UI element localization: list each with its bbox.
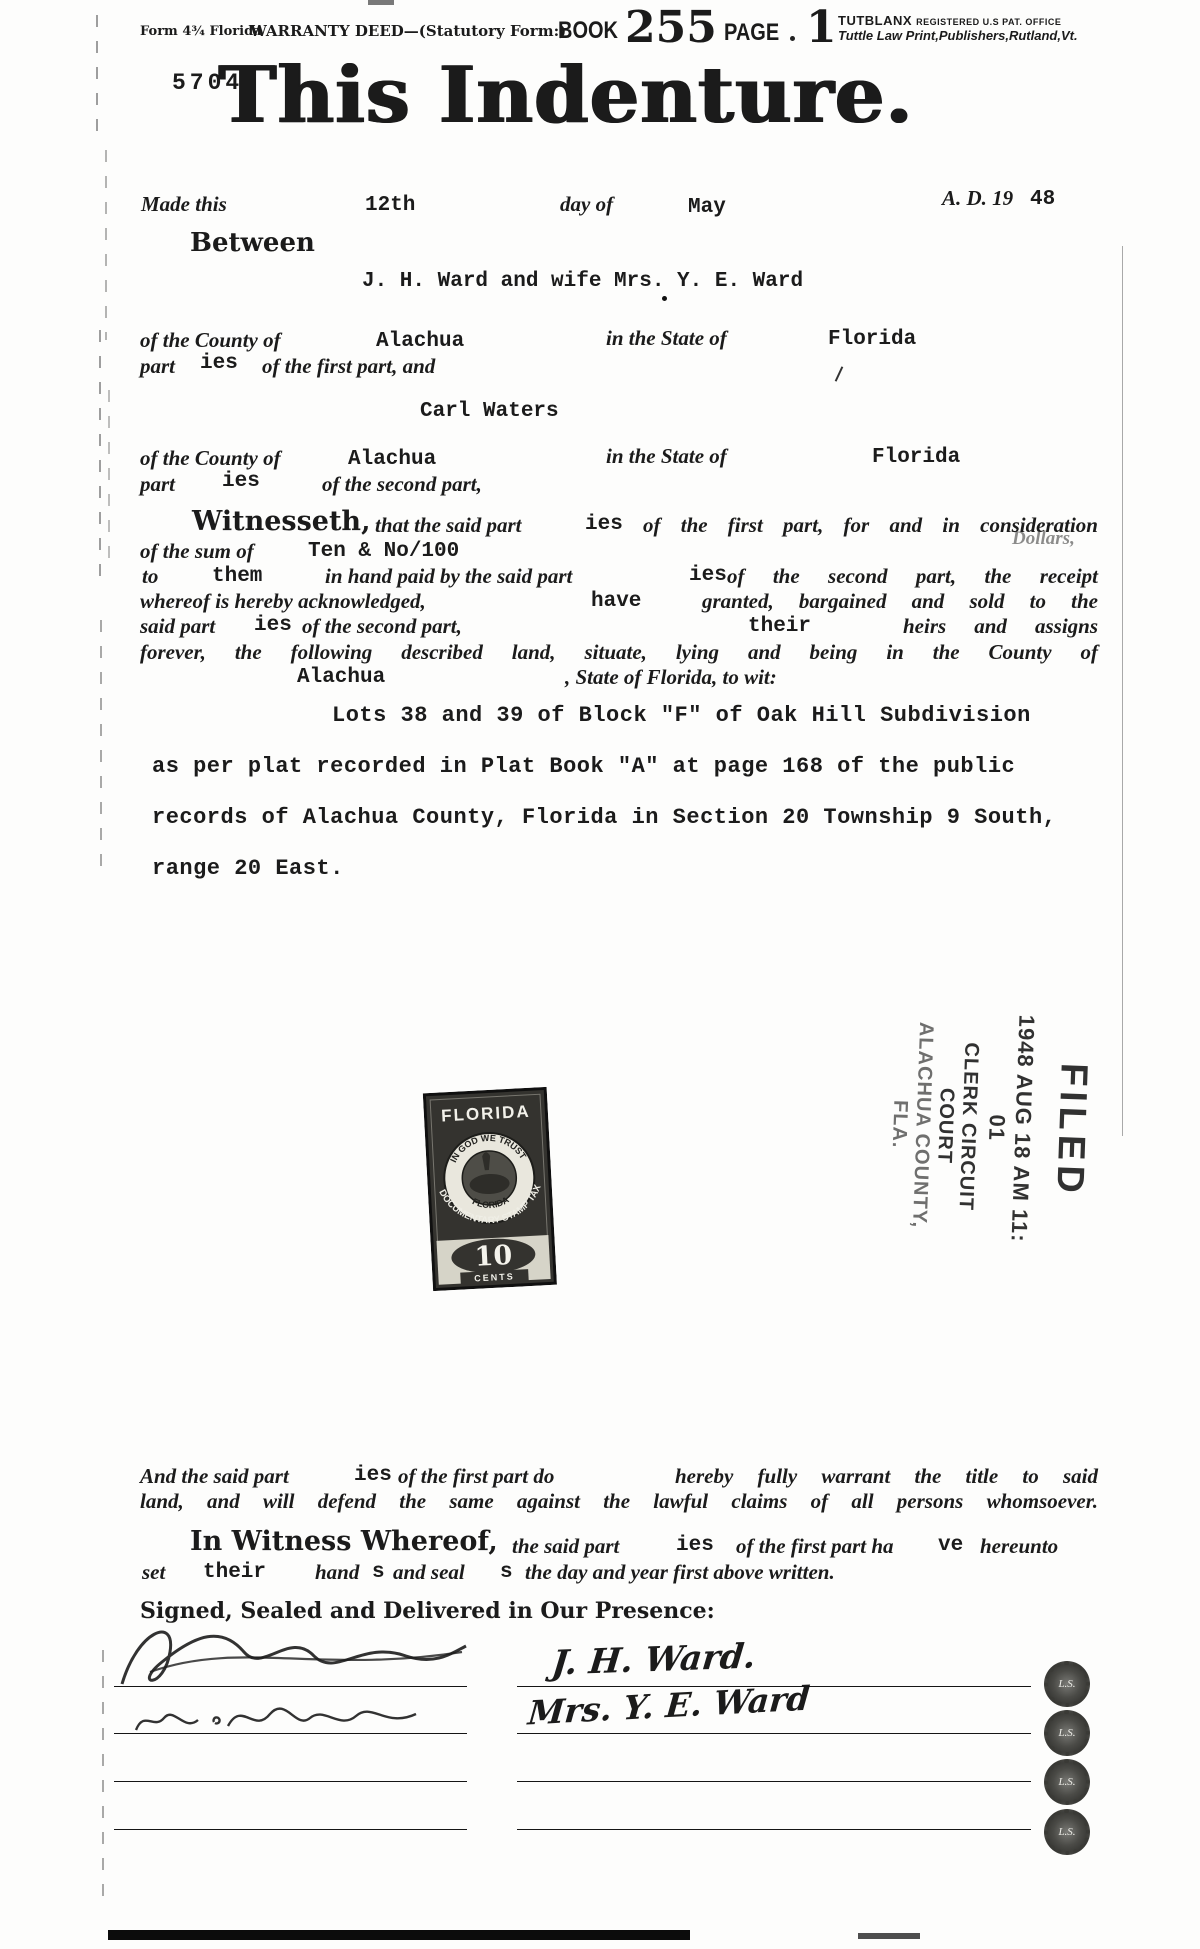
ls-seal-label: L.S. xyxy=(1058,1678,1075,1690)
warranty-l1a: And the said part xyxy=(140,1464,289,1489)
ls-seal-label: L.S. xyxy=(1058,1776,1075,1788)
witness-whereof-heading: In Witness Whereof, xyxy=(190,1526,498,1557)
party2-rest: of the second part, xyxy=(322,472,482,497)
printer-address: Tuttle Law Print,Publishers,Rutland,Vt. xyxy=(838,28,1078,43)
ls-seal-label: L.S. xyxy=(1058,1727,1075,1739)
ls-seal: L.S. xyxy=(1044,1710,1090,1756)
scan-artifact xyxy=(858,1933,920,1939)
grantor-signature-line xyxy=(517,1781,1031,1782)
party1-rest: of the first part, and xyxy=(262,354,435,379)
witness-whereof-l1c: ies xyxy=(676,1534,714,1557)
witness-signature-1 xyxy=(110,1612,475,1694)
revenue-stamp: FLORIDA IN GOD WE TRUST FLORIDA DOCUMENT… xyxy=(423,1087,557,1296)
witnesseth-l5a: said part xyxy=(140,614,215,639)
witnesseth-l6: forever, the following described land, s… xyxy=(140,640,1098,665)
deed-page: Form 4¾ Florida WARRANTY DEED—(Statutory… xyxy=(0,0,1200,1949)
ls-seal: L.S. xyxy=(1044,1809,1090,1855)
witness-whereof-l2e: and seal xyxy=(393,1560,465,1585)
witness-whereof-l1e: ve xyxy=(938,1534,963,1557)
witnesseth-l2b: Ten & No/100 xyxy=(308,540,459,563)
witness-whereof-l1f: hereunto xyxy=(980,1534,1058,1559)
witness-whereof-l2f: s xyxy=(500,1561,513,1584)
scan-artifact xyxy=(368,0,394,5)
warranty-l2: land, and will defend the same against t… xyxy=(140,1489,1098,1514)
scan-artifact xyxy=(108,390,110,560)
scan-artifact xyxy=(108,1930,690,1940)
scan-artifact xyxy=(96,15,98,135)
legal-line-4: range 20 East. xyxy=(152,856,344,881)
grantor-names: J. H. Ward and wife Mrs. Y. E. Ward xyxy=(362,270,803,293)
party1-county-label: of the County of xyxy=(140,328,281,353)
grantor1-signature: J. H. Ward. xyxy=(550,1636,758,1683)
party2-county: Alachua xyxy=(348,448,436,471)
witnesseth-l3d: ies xyxy=(689,564,727,587)
witnesseth-l3c: in hand paid by the said part xyxy=(325,564,572,589)
party2-state-label: in the State of xyxy=(606,444,727,469)
page-label: PAGE xyxy=(724,20,779,48)
witness-whereof-l1b: the said part xyxy=(512,1534,619,1559)
party1-part-label: part xyxy=(140,354,175,379)
witness-whereof-l2b: their xyxy=(203,1561,266,1584)
grantor-signature-line xyxy=(517,1686,1031,1687)
witnesseth-l1c: ies xyxy=(585,513,623,536)
dollars-label: Dollars, xyxy=(1012,528,1075,550)
legal-line-3: records of Alachua County, Florida in Se… xyxy=(152,805,1056,830)
legal-line-1: Lots 38 and 39 of Block "F" of Oak Hill … xyxy=(332,703,1031,728)
pen-tick xyxy=(835,366,844,381)
witnesseth-l3a: to xyxy=(142,564,158,589)
legal-line-2: as per plat recorded in Plat Book "A" at… xyxy=(152,754,1015,779)
scan-artifact xyxy=(1122,246,1123,1136)
witness-signature-line xyxy=(114,1686,467,1687)
party2-ies: ies xyxy=(222,470,260,493)
witnesseth-l3b: them xyxy=(212,565,262,588)
witness-whereof-l2g: the day and year first above written. xyxy=(525,1560,835,1585)
witness-whereof-l2c: hand xyxy=(315,1560,359,1585)
witness-whereof-l1d: of the first part ha xyxy=(736,1534,894,1559)
form-title: WARRANTY DEED—(Statutory Form:) xyxy=(250,22,566,40)
witnesseth-l5d: their xyxy=(748,615,811,638)
page-number: 1 xyxy=(806,2,837,53)
book-number: 255 xyxy=(625,2,717,53)
filed-stamp: FILED 1948 AUG 18 AM 11: 01 CLERK CIRCUI… xyxy=(883,999,1097,1256)
scan-artifact xyxy=(102,1650,104,1910)
party1-state-label: in the State of xyxy=(606,326,727,351)
ls-seal: L.S. xyxy=(1044,1661,1090,1707)
witnesseth-l2a: of the sum of xyxy=(140,539,254,564)
printer-name-line: TUTBLANX REGISTERED U.S PAT. OFFICE xyxy=(838,13,1061,28)
witnesseth-l5c: of the second part, xyxy=(302,614,462,639)
party1-county: Alachua xyxy=(376,330,464,353)
book-label: BOOK xyxy=(558,18,618,46)
form-number: Form 4¾ Florida xyxy=(140,24,262,39)
scan-artifact xyxy=(790,36,795,41)
witnesseth-heading: Witnesseth, xyxy=(192,506,370,537)
ad-label: A. D. 19 xyxy=(942,186,1013,211)
printer-name: TUTBLANX xyxy=(838,13,912,28)
warranty-l1b: ies xyxy=(354,1464,392,1487)
between-label: Between xyxy=(190,228,315,258)
month-value: May xyxy=(688,196,726,219)
scan-artifact xyxy=(105,150,107,340)
witness-signature-line xyxy=(114,1829,467,1830)
stamp-value: 10 xyxy=(474,1240,513,1273)
witness-whereof-l2a: set xyxy=(142,1560,165,1585)
witnesseth-l7b: , State of Florida, to wit: xyxy=(565,665,777,690)
document-title: This Indenture. xyxy=(218,50,838,141)
grantor-signature-line xyxy=(517,1733,1031,1734)
scan-artifact xyxy=(662,296,667,301)
year-value: 48 xyxy=(1030,188,1055,211)
scan-artifact xyxy=(99,330,101,590)
party1-state: Florida xyxy=(828,328,916,351)
grantor-signature-line xyxy=(517,1829,1031,1830)
ls-seal: L.S. xyxy=(1044,1759,1090,1805)
witness-signature-line xyxy=(114,1781,467,1782)
warranty-l1d: hereby fully warrant the title to said xyxy=(675,1464,1098,1489)
made-this-label: Made this xyxy=(141,192,227,217)
party2-county-label: of the County of xyxy=(140,446,281,471)
filed-county: ALACHUA COUNTY, FLA. xyxy=(883,999,938,1250)
ls-seal-label: L.S. xyxy=(1058,1826,1075,1838)
scan-artifact xyxy=(100,620,102,870)
filed-label: FILED xyxy=(1045,1005,1097,1256)
grantee-name: Carl Waters xyxy=(420,400,559,423)
witness-signature-line xyxy=(114,1733,467,1734)
printer-registered: REGISTERED U.S PAT. OFFICE xyxy=(916,17,1061,27)
witness-whereof-l2d: s xyxy=(372,1561,385,1584)
witnesseth-l1b: that the said part xyxy=(375,513,521,538)
witnesseth-l4b: have xyxy=(591,590,641,613)
witnesseth-l7a: Alachua xyxy=(297,666,385,689)
party2-part-label: part xyxy=(140,472,175,497)
stamp-cents-label: CENTS xyxy=(474,1271,515,1283)
witnesseth-l5b: ies xyxy=(254,614,292,637)
witnesseth-l5e: heirs and assigns xyxy=(903,614,1098,639)
day-of-label: day of xyxy=(560,192,613,217)
witnesseth-l4a: whereof is hereby acknowledged, xyxy=(140,589,426,614)
warranty-l1c: of the first part do xyxy=(398,1464,554,1489)
party1-ies: ies xyxy=(200,352,238,375)
filed-court: CLERK CIRCUIT COURT xyxy=(929,1001,984,1252)
filed-datetime: 1948 AUG 18 AM 11: 01 xyxy=(979,1002,1040,1254)
day-value: 12th xyxy=(365,194,415,217)
party2-state: Florida xyxy=(872,446,960,469)
witnesseth-l3e: of the second part, the receipt xyxy=(727,564,1098,589)
witnesseth-l4c: granted, bargained and sold to the xyxy=(702,589,1098,614)
